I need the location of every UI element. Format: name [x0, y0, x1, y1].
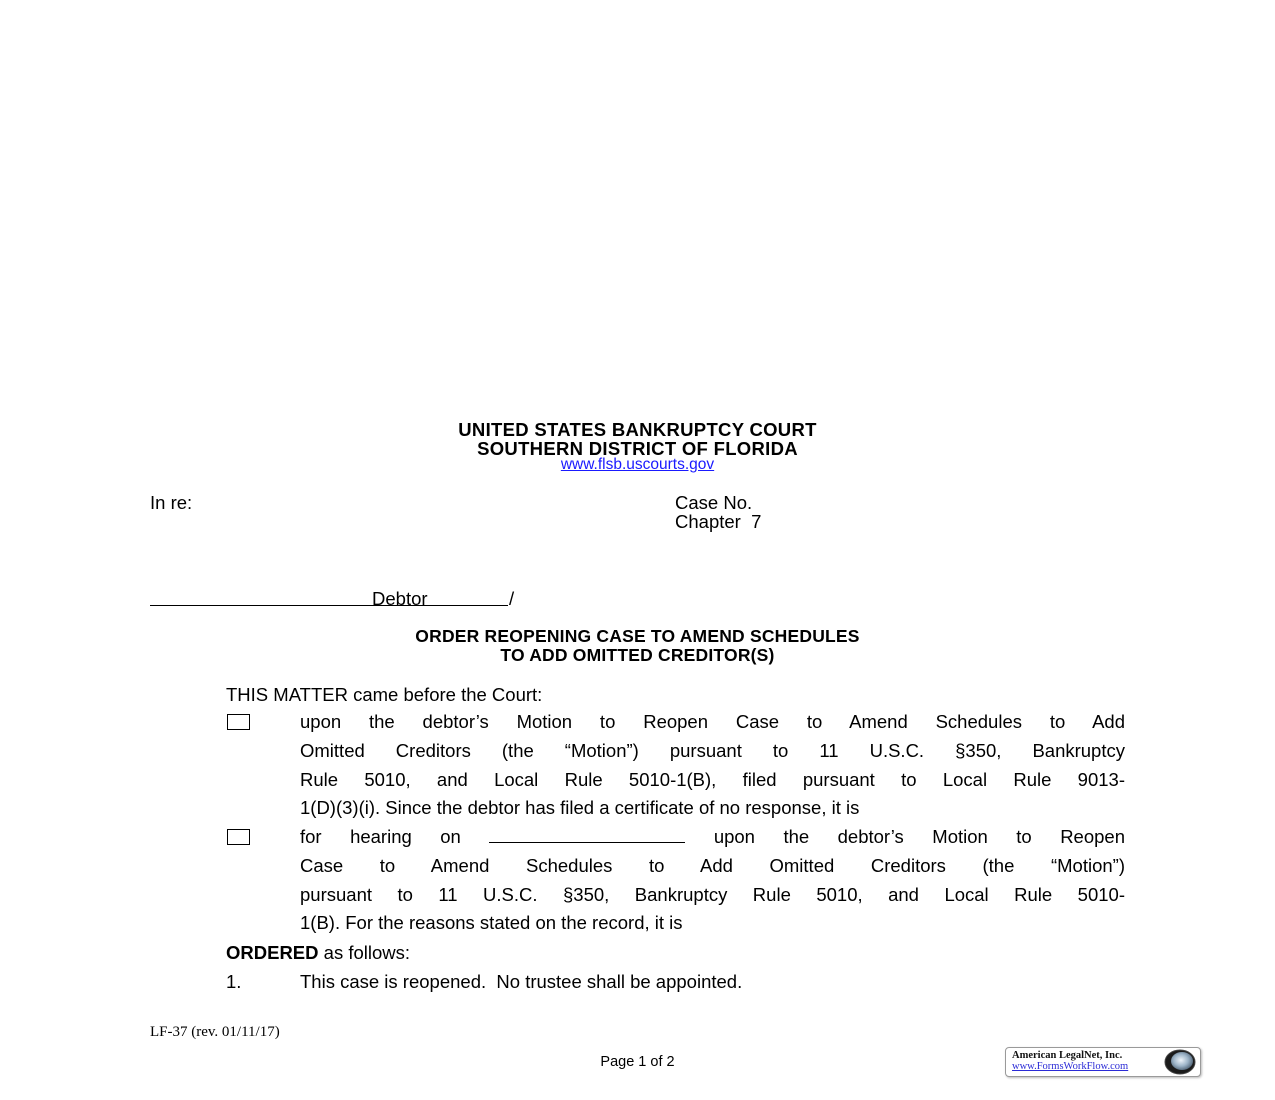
- order-item-number: 1.: [226, 971, 241, 993]
- option2-line: 1(B). For the reasons stated on the reco…: [300, 909, 1125, 938]
- matter-intro: THIS MATTER came before the Court:: [226, 684, 542, 706]
- form-identifier: LF-37 (rev. 01/11/17): [150, 1024, 280, 1041]
- badge-company-name: American LegalNet, Inc.: [1012, 1050, 1122, 1061]
- option2-first-line: for hearing on upon the debtor’s Motion …: [300, 823, 1125, 852]
- ordered-heading: ORDERED as follows:: [226, 942, 410, 964]
- order-item-text: This case is reopened. No trustee shall …: [300, 971, 742, 993]
- hearing-prefix: for hearing on: [300, 826, 461, 847]
- court-website-link[interactable]: www.flsb.uscourts.gov: [561, 456, 714, 473]
- option1-line: Rule 5010, and Local Rule 5010-1(B), fil…: [300, 766, 1125, 795]
- debtor-name-line[interactable]: [150, 605, 508, 606]
- option1-line: 1(D)(3)(i). Since the debtor has filed a…: [300, 794, 1125, 823]
- hearing-date-field[interactable]: [489, 826, 685, 843]
- option1-line: Omitted Creditors (the “Motion”) pursuan…: [300, 737, 1125, 766]
- hearing-suffix: upon the debtor’s Motion to Reopen: [714, 826, 1125, 847]
- option1-paragraph: upon the debtor’s Motion to Reopen Case …: [300, 708, 1125, 823]
- option2-paragraph: for hearing on upon the debtor’s Motion …: [300, 823, 1125, 938]
- hearing-checkbox[interactable]: [227, 829, 250, 845]
- globe-logo-icon: [1163, 1049, 1197, 1075]
- ordered-rest: as follows:: [319, 942, 411, 963]
- motion-no-response-checkbox[interactable]: [227, 714, 250, 730]
- legalnet-badge[interactable]: American LegalNet, Inc. www.FormsWorkFlo…: [1005, 1047, 1201, 1077]
- badge-website-link[interactable]: www.FormsWorkFlow.com: [1012, 1061, 1128, 1072]
- option1-line: upon the debtor’s Motion to Reopen Case …: [300, 708, 1125, 737]
- debtor-label: Debtor: [372, 588, 428, 610]
- order-title-line2: TO ADD OMITTED CREDITOR(S): [0, 645, 1275, 666]
- option2-line: Case to Amend Schedules to Add Omitted C…: [300, 852, 1125, 881]
- in-re-label: In re:: [150, 492, 192, 514]
- order-title-line1: ORDER REOPENING CASE TO AMEND SCHEDULES: [0, 626, 1275, 647]
- option2-line: pursuant to 11 U.S.C. §350, Bankruptcy R…: [300, 881, 1125, 910]
- caption-slash: /: [509, 588, 514, 610]
- ordered-bold: ORDERED: [226, 942, 319, 963]
- chapter-label: Chapter 7: [675, 511, 761, 533]
